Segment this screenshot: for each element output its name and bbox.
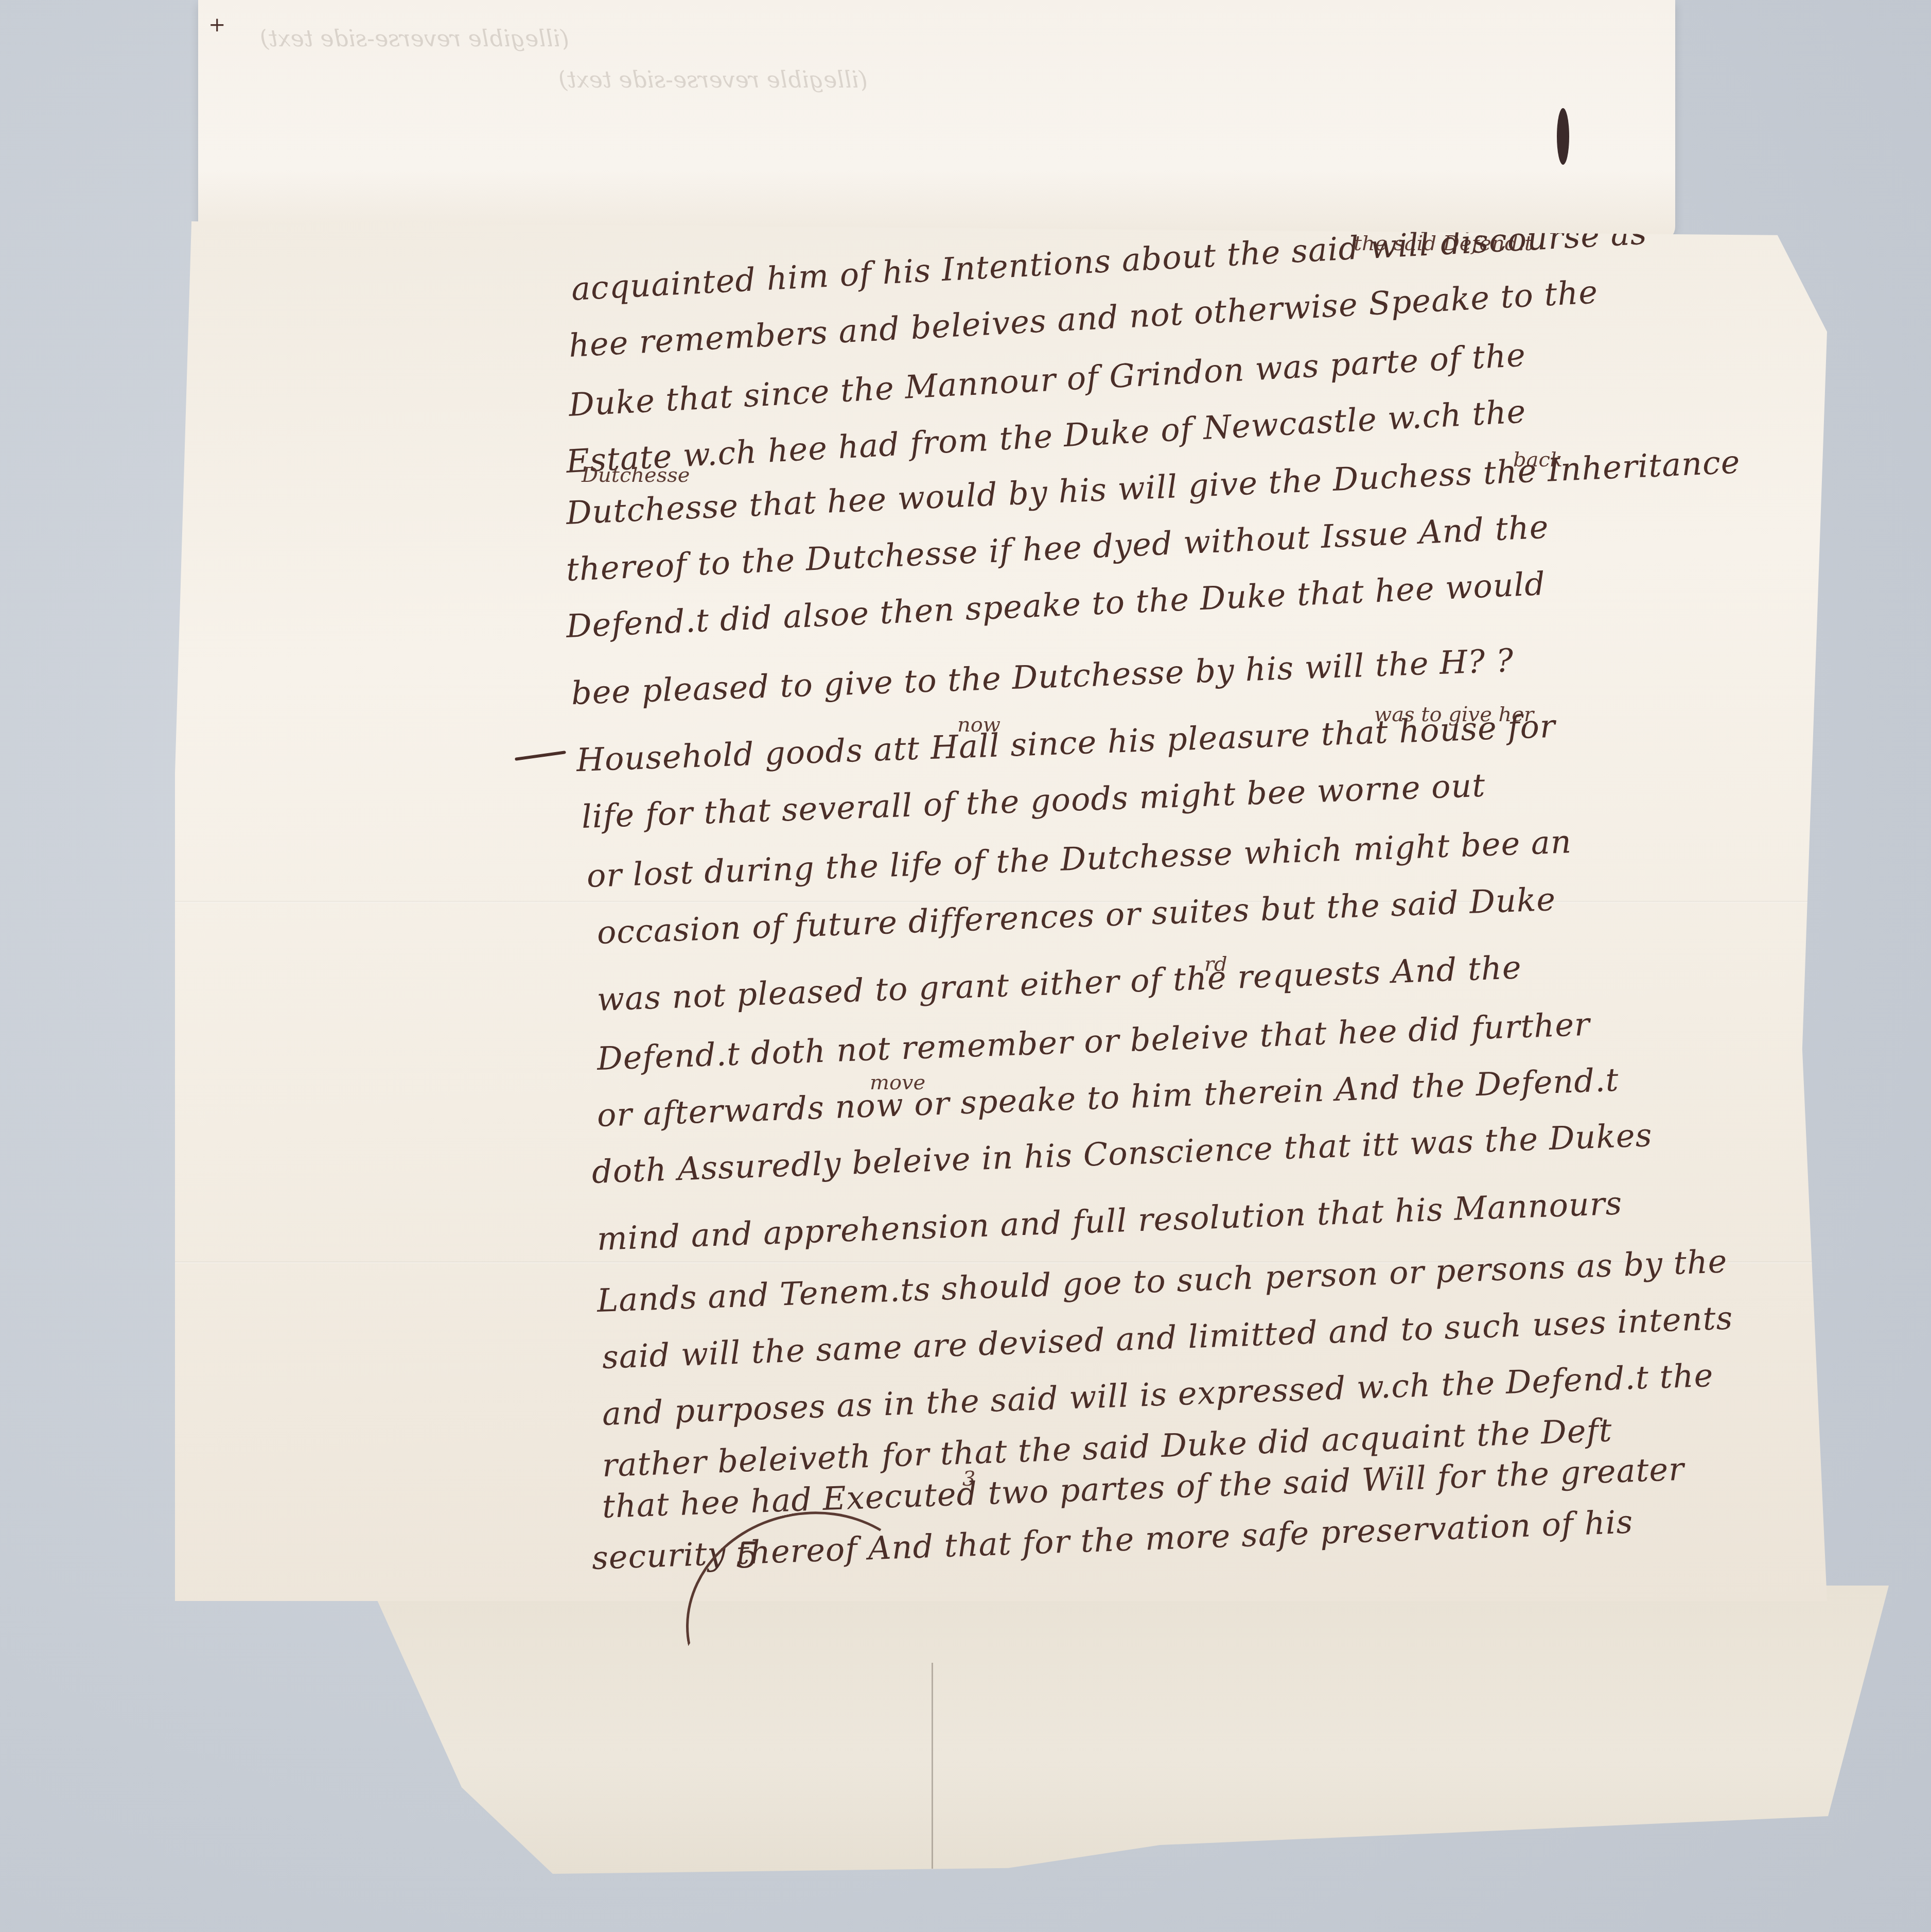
- text-line: was not pleased to grant either of the r…: [596, 948, 1522, 1018]
- manuscript-text: the said Defend.t acquainted him of his …: [175, 221, 1827, 1601]
- manuscript-sheet: the said Defend.t acquainted him of his …: [175, 221, 1827, 1601]
- text-line: mind and apprehension and full resolutio…: [596, 1184, 1623, 1258]
- text-line: bee pleased to give to the Dutchesse by …: [571, 641, 1515, 712]
- text-line: Household goods att Hall since his pleas…: [576, 707, 1556, 779]
- top-folded-flap: + (illegible reverse-side text) (illegib…: [198, 0, 1675, 242]
- text-line: or lost during the life of the Dutchesse…: [586, 823, 1572, 895]
- bottom-folded-flap: [371, 1586, 1889, 1874]
- page-number: 5: [736, 1534, 759, 1576]
- ink-blot: [1557, 108, 1569, 165]
- text-line: life for that severall of the goods migh…: [581, 767, 1486, 836]
- interlinear-insertion: Dutchesse: [582, 463, 690, 487]
- margin-cross-mark: +: [208, 13, 226, 37]
- paper-tear: [932, 1663, 933, 1869]
- margin-stroke: [515, 751, 566, 761]
- bleed-through-text: (illegible reverse-side text): [260, 26, 569, 52]
- text-line: occasion of future differences or suites…: [596, 880, 1557, 951]
- bleed-through-text: (illegible reverse-side text): [558, 67, 868, 93]
